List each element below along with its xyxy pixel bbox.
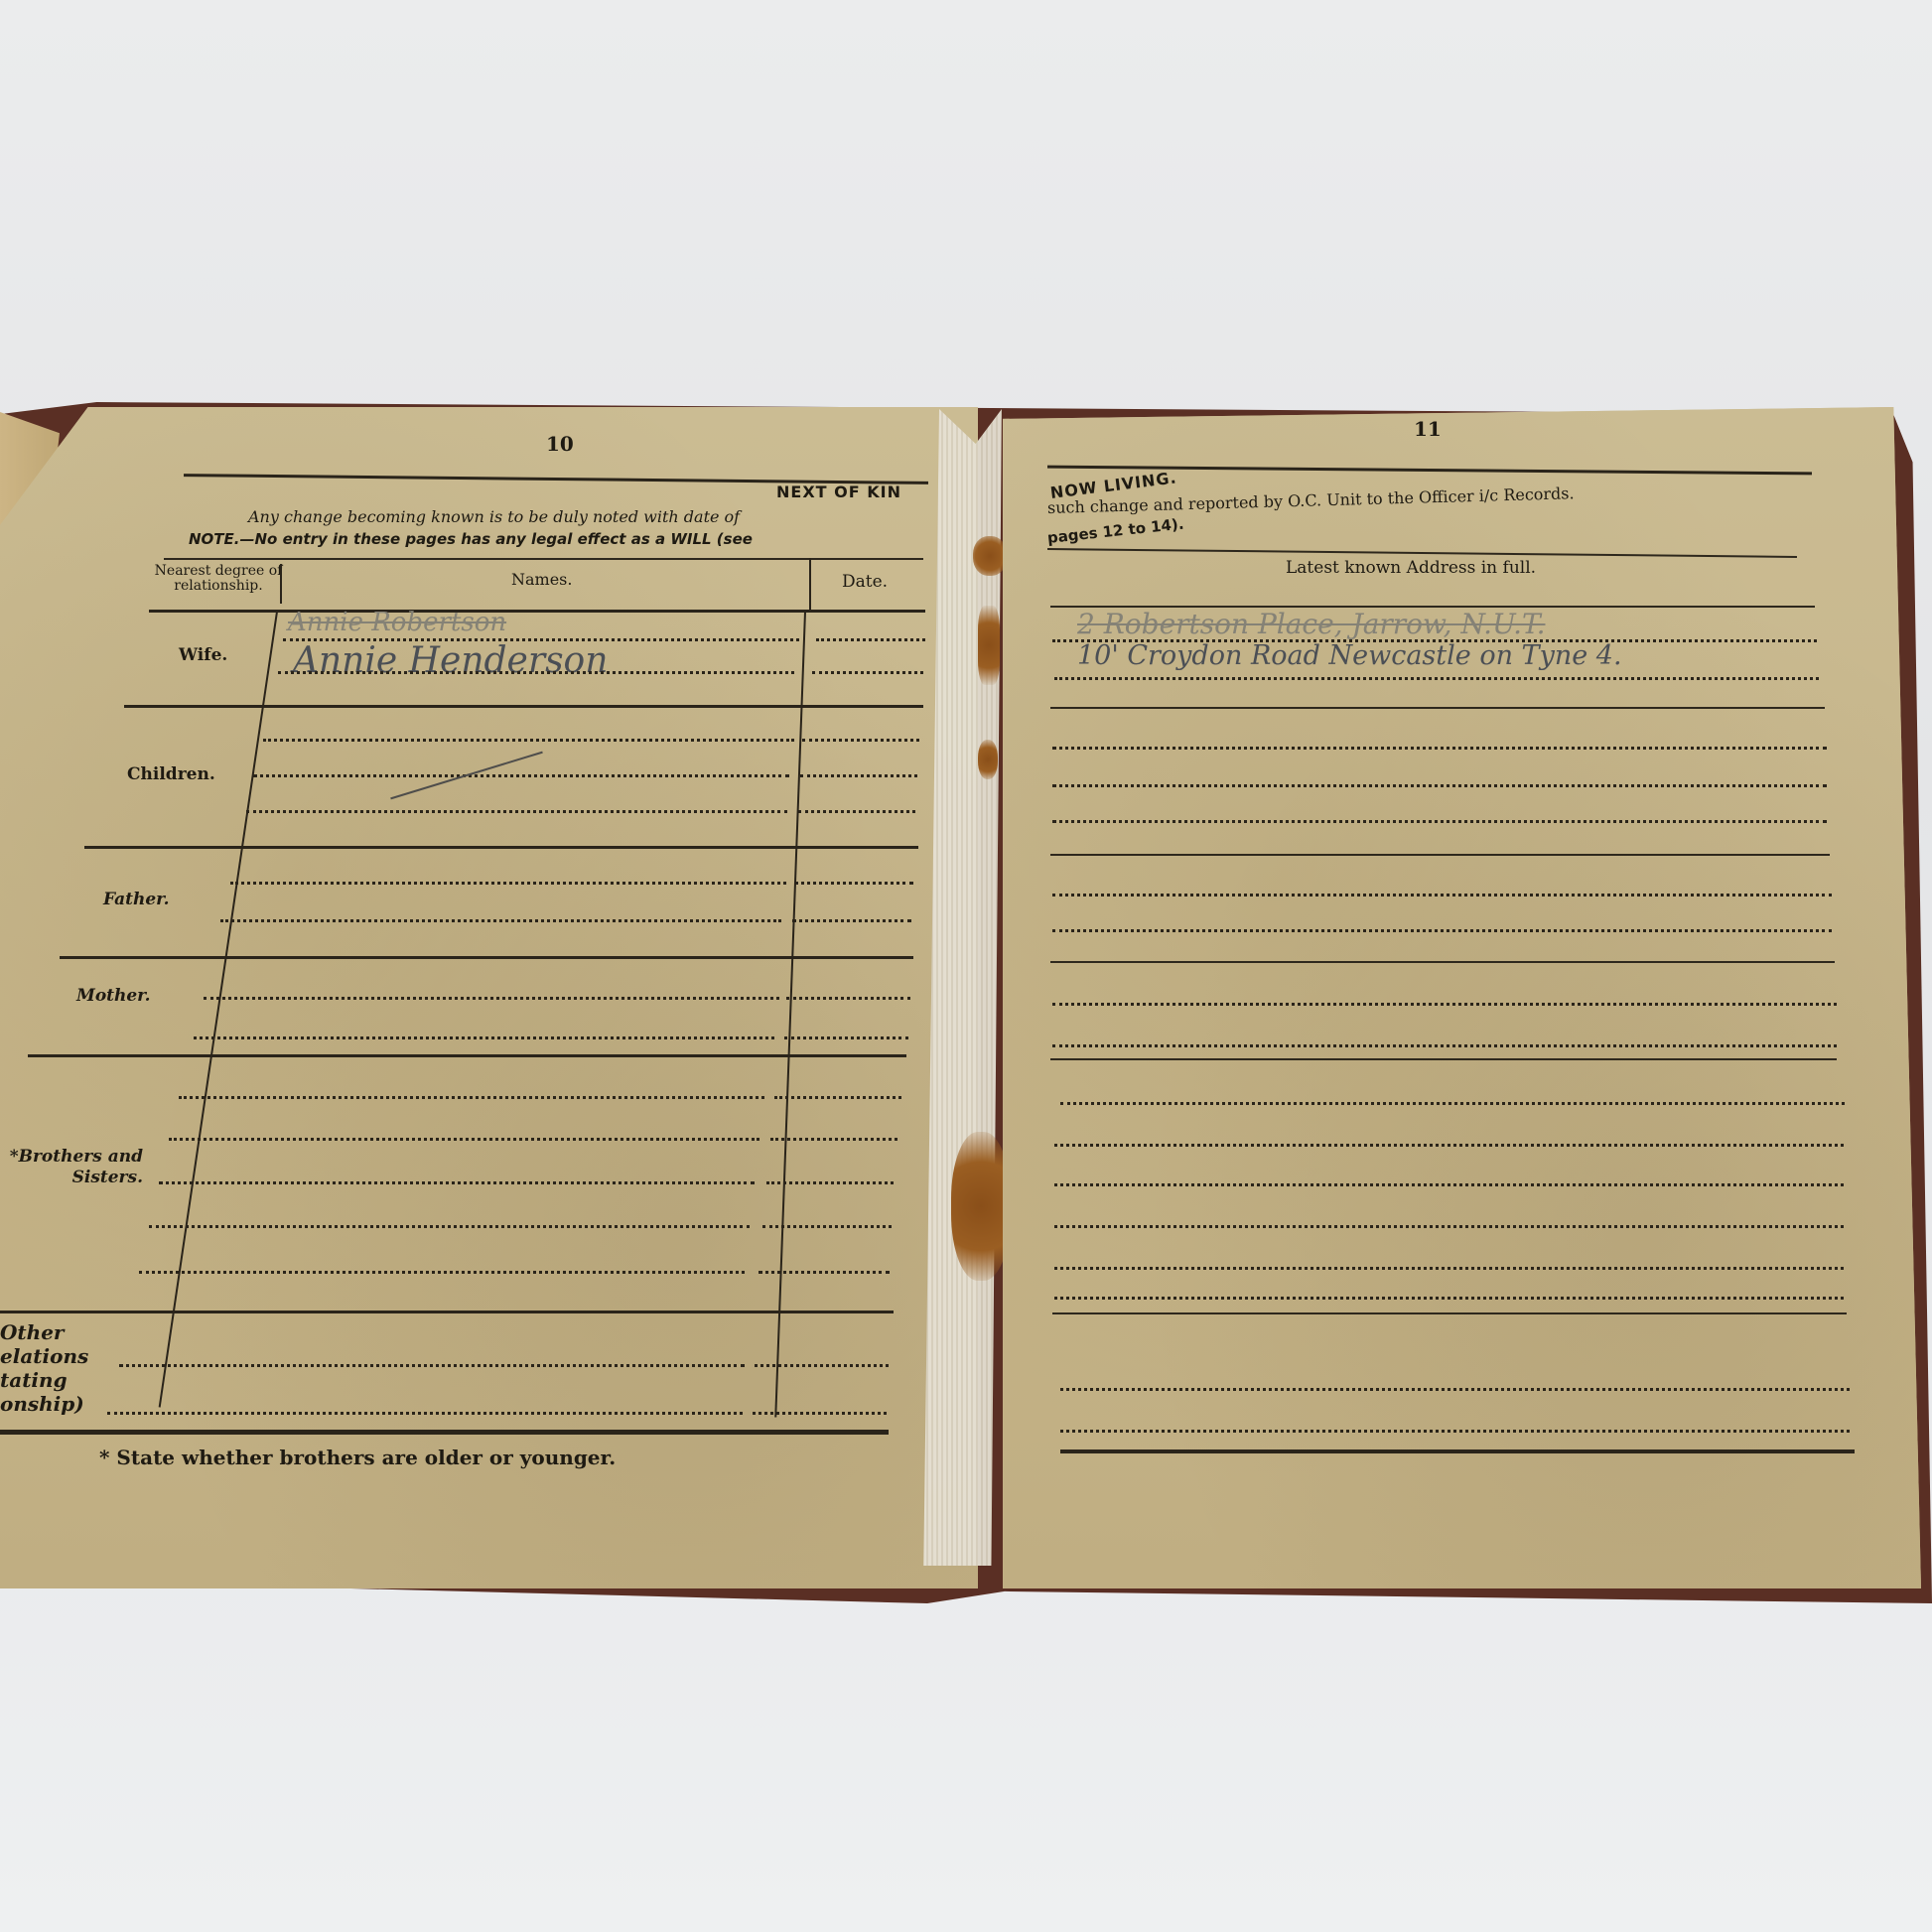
date-line [794,882,913,885]
row-label-brothers-sisters: *Brothers and Sisters. [4,1147,143,1188]
address-line [1060,1430,1850,1433]
entry-line [253,774,789,777]
date-line [800,774,917,777]
rust-stain [951,1132,1011,1281]
address-line [1054,1144,1844,1147]
row-rule [0,1311,894,1313]
row-rule [124,705,923,708]
address-line [1054,677,1819,680]
address-line [1060,1388,1850,1391]
rust-stain [973,536,1007,576]
date-line [753,1412,887,1415]
entry-line [159,1181,755,1184]
entry-line [220,919,781,922]
rust-stain [978,606,1000,685]
row-label-mother: Mother. [76,986,151,1006]
address-line [1054,1225,1844,1228]
address-line [1060,1102,1845,1105]
row-rule [1050,854,1830,856]
entry-line [194,1036,774,1039]
row-label-father: Father. [103,890,170,909]
date-line [784,1036,908,1039]
entry-line [278,671,794,674]
bottom-rule-left [0,1430,889,1435]
column-header-names: Names. [511,570,572,589]
row-rule [1050,707,1825,709]
struck-wife-entry: Annie Robertson [288,608,506,637]
header-divider-date [809,558,811,610]
entry-line [139,1271,745,1274]
entry-line [169,1138,759,1141]
column-header-relationship: Nearest degree of relationship. [154,564,283,594]
date-line [755,1364,889,1367]
instruction-text: Any change becoming known is to be duly … [248,507,740,526]
row-rule [84,846,918,849]
next-of-kin-heading: NEXT OF KIN [776,483,901,501]
column-header-rule [149,610,925,613]
row-rule [1052,1312,1847,1314]
entry-line [119,1364,745,1367]
date-line [774,1096,901,1099]
bottom-rule-right [1060,1449,1855,1453]
address-entry: 10' Croydon Road Newcastle on Tyne 4. [1077,640,1622,671]
rust-stain [978,740,998,779]
row-rule [28,1054,906,1057]
date-line [802,739,919,742]
column-header-date: Date. [842,572,888,592]
header-divider [280,564,282,604]
row-rule [1050,961,1835,963]
entry-line [179,1096,764,1099]
struck-address-entry: 2 Robertson Place, Jarrow, N.U.T. [1077,608,1545,640]
column-header-address: Latest known Address in full. [1286,558,1536,578]
address-line [1052,820,1827,823]
photo-scene: 10 NEXT OF KIN Any change becoming known… [0,0,1932,1932]
row-rule [60,956,913,959]
date-line [759,1271,890,1274]
date-line [816,638,925,641]
row-label-children: Children. [127,764,215,784]
page-number-left: 10 [546,432,574,456]
right-page [1003,407,1921,1588]
row-label-wife: Wife. [179,645,227,665]
address-line [1052,1003,1837,1006]
row-label-other-relations: Other elations tating onship) [0,1320,87,1416]
date-line [792,919,911,922]
address-line [1052,929,1832,932]
entry-line [263,739,794,742]
date-line [812,671,923,674]
page-number-right: 11 [1414,417,1442,441]
address-line [1052,1044,1837,1047]
entry-line [107,1412,743,1415]
address-line [1052,747,1827,750]
address-line [1054,1267,1844,1270]
entry-line [246,810,787,813]
entry-line [149,1225,750,1228]
footnote-text: * State whether brothers are older or yo… [99,1446,616,1469]
wife-name-entry: Annie Henderson [293,640,608,681]
entry-line [204,997,779,1000]
entry-line [230,882,786,885]
date-line [762,1225,892,1228]
address-line [1054,1183,1844,1186]
date-line [786,997,910,1000]
address-line [1052,894,1832,897]
date-line [770,1138,897,1141]
date-line [798,810,915,813]
will-note: NOTE.—No entry in these pages has any le… [189,530,753,548]
date-line [766,1181,894,1184]
address-line [1052,784,1827,787]
address-line [1054,1297,1844,1300]
row-rule [1050,1058,1837,1060]
